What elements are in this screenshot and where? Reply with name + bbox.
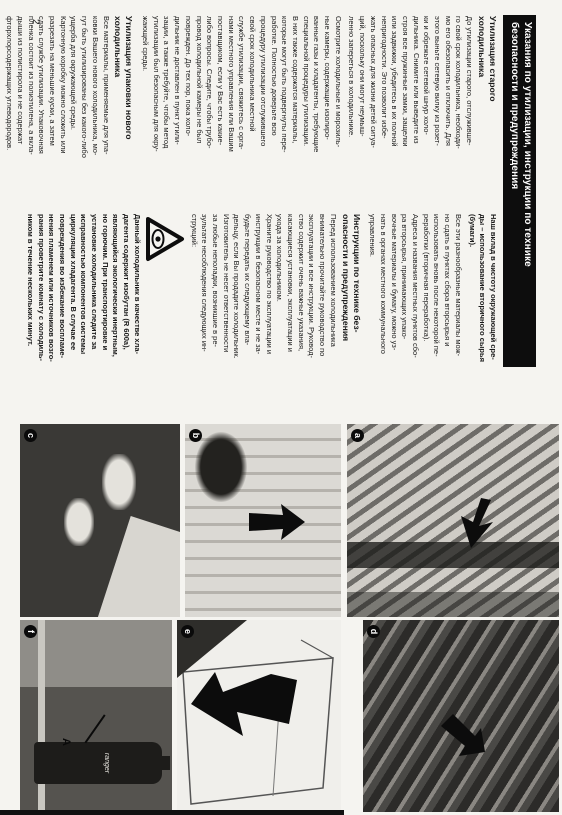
arrow-icon — [439, 712, 489, 758]
title-banner: Указания по утилизации, инструкции по те… — [503, 15, 536, 367]
callout-label: А — [60, 738, 72, 746]
paragraph-recycled-paper-note: Наш вклад в чистоту окружающей сре- ды –… — [466, 214, 498, 412]
figure-letter-badge: e — [181, 625, 194, 638]
photo-texture — [102, 454, 136, 510]
paragraph-read-manual: Перед использованием холодильника внимат… — [188, 214, 338, 412]
figure-condenser-photo: a — [347, 424, 559, 617]
photo-texture — [94, 516, 180, 617]
bottle-label: ranger — [103, 744, 110, 782]
figure-letter-badge: d — [367, 625, 380, 638]
photo-texture — [347, 592, 559, 617]
figure-door-shelf-photo: ranger А f — [20, 620, 172, 812]
page-title: Указания по утилизации, инструкции по те… — [508, 22, 534, 367]
figure-hinge-photo: d — [363, 620, 559, 812]
heading-safety-instructions: Инструкции по технике без- опасности и п… — [340, 214, 362, 412]
photo-texture — [195, 432, 247, 502]
heading-packaging-disposal: Утилизация упаковки нового холодильника — [113, 16, 135, 210]
arrow-icon — [453, 496, 501, 550]
part-a-callout: А — [58, 738, 76, 746]
bottle-silhouette — [34, 742, 162, 784]
callout-leader-line — [85, 715, 106, 744]
scan-edge-artifact — [0, 810, 344, 815]
column-disposal: Утилизация старого холодильника До утили… — [1, 16, 498, 210]
paragraph-disable-old-fridge: До утилизации старого, отслуживше- го св… — [346, 16, 474, 210]
page-number: 2 — [30, 19, 41, 24]
figure-fridge-drawing: e — [177, 620, 341, 812]
manual-page: Указания по утилизации, инструкции по те… — [0, 0, 562, 815]
figure-letter-badge: b — [189, 429, 202, 442]
column-safety: Наш вклад в чистоту окружающей сре- ды –… — [21, 214, 498, 412]
figure-letter-badge: a — [351, 429, 364, 442]
figure-door-gasket-photo: c — [20, 424, 180, 617]
paragraph-packaging-materials: Все материалы, применяемые для упа- ковк… — [4, 16, 111, 210]
heading-old-fridge-disposal: Утилизация старого холодильника — [476, 16, 498, 210]
scanned-page: Указания по утилизации, инструкции по те… — [0, 0, 562, 815]
figure-letter-badge: f — [24, 625, 37, 638]
warning-eye-triangle-icon — [145, 216, 185, 262]
figure-interior-photo: b — [185, 424, 341, 617]
paragraph-recycling-points: Все эти разнообразные материалы мож- но … — [367, 214, 463, 412]
paragraph-refrigerant-disposal: Осмотрите холодильные и морозиль- ные ка… — [139, 16, 342, 210]
photo-texture — [64, 498, 94, 546]
figure-letter-badge: c — [24, 429, 37, 442]
paragraph-isobutane-warning: Данный холодильник в качестве хла- даген… — [24, 214, 142, 412]
arrow-icon — [247, 502, 307, 542]
